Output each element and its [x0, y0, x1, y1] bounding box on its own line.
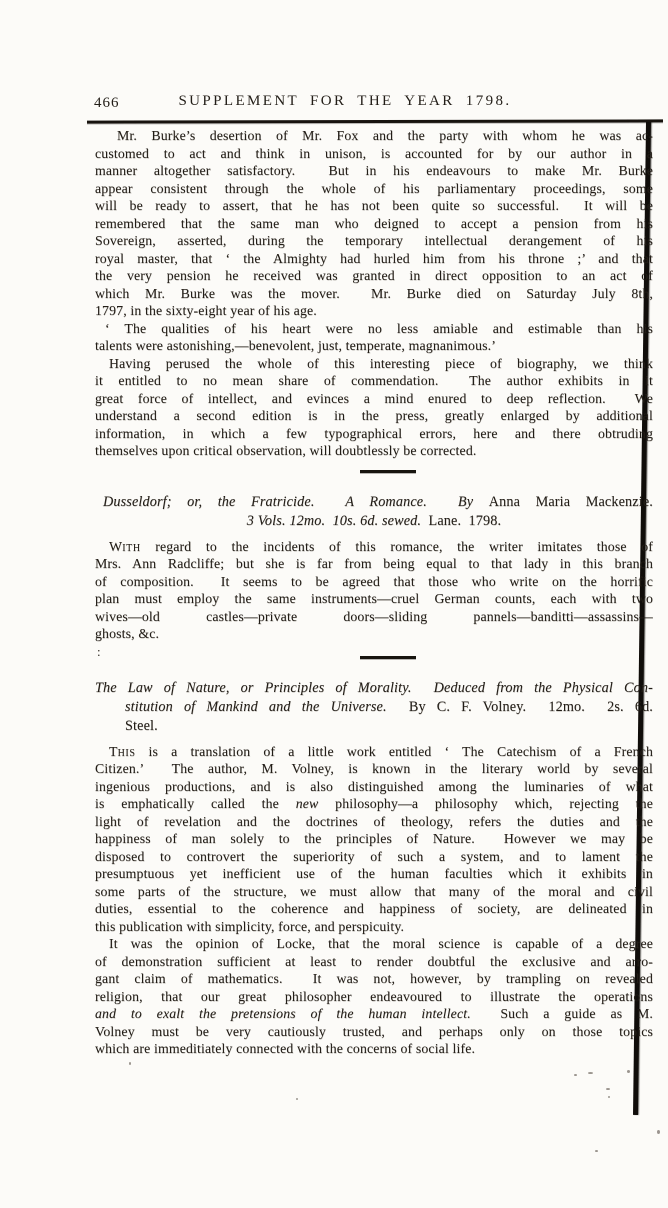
ink-speck — [657, 1130, 660, 1134]
text-line: ghosts, &c. — [95, 625, 653, 643]
text-line: Mrs. Ann Radcliffe; but she is far from … — [95, 555, 653, 573]
ink-speck — [627, 1070, 630, 1073]
stray-colon-mark: : — [97, 644, 101, 660]
article-root: Mr. Burke’s desertion of Mr. Fox and the… — [95, 127, 653, 1058]
section-divider-2 — [360, 656, 416, 659]
text-line: themselves upon critical observation, wi… — [95, 442, 653, 460]
volney-review-paragraph-2: It was the opinion of Locke, that the mo… — [95, 935, 653, 1058]
text-line: duties, essential to the coherence and h… — [95, 900, 653, 918]
burke-conclusion-paragraph: Having perused the whole of this interes… — [95, 355, 653, 460]
text-line: happiness of man solely to the principle… — [95, 830, 653, 848]
text-line: 3 Vols. 12mo. 10s. 6d. sewed. Lane. 1798… — [95, 512, 653, 531]
text-line: of composition. It seems to be agreed th… — [95, 573, 653, 591]
text-line: manner altogether satisfactory. But in h… — [95, 162, 653, 180]
ink-speck — [296, 1098, 298, 1100]
text-line: It was the opinion of Locke, that the mo… — [95, 935, 653, 953]
text-line: Volney must be very cautiously trusted, … — [95, 1023, 653, 1041]
ink-speck — [574, 1074, 577, 1076]
text-line: the very pension he received was granted… — [95, 267, 653, 285]
text-line: This is a translation of a little work e… — [95, 743, 653, 761]
text-line: it entitled to no mean share of commenda… — [95, 372, 653, 390]
dusseldorf-review-paragraph: With regard to the incidents of this rom… — [95, 538, 653, 643]
text-line: some parts of the structure, we must all… — [95, 883, 653, 901]
running-title: SUPPLEMENT FOR THE YEAR 1798. — [35, 93, 655, 110]
text-line: Having perused the whole of this interes… — [95, 355, 653, 373]
section-divider-1 — [360, 470, 416, 473]
text-line: The Law of Nature, or Principles of Mora… — [95, 679, 653, 698]
text-line: Citizen.’ The author, M. Volney, is know… — [95, 760, 653, 778]
text-line: understand a second edition is in the pr… — [95, 407, 653, 425]
text-line: ingenious productions, and is also disti… — [95, 778, 653, 796]
ink-speck — [588, 1072, 593, 1074]
text-line: religion, that our great philosopher end… — [95, 988, 653, 1006]
header-rule — [87, 119, 663, 123]
text-line: customed to act and think in unison, is … — [95, 145, 653, 163]
text-line: this publication with simplicity, force,… — [95, 918, 653, 936]
text-line: plan must employ the same instruments—cr… — [95, 590, 653, 608]
text-line: appear consistent through the whole of h… — [95, 180, 653, 198]
text-line: ‘ The qualities of his heart were no les… — [95, 320, 653, 338]
volney-review-paragraph-1: This is a translation of a little work e… — [95, 743, 653, 936]
text-line: is emphatically called the new philosoph… — [95, 795, 653, 813]
text-line: Mr. Burke’s desertion of Mr. Fox and the… — [95, 127, 653, 145]
text-line: of demonstration sufficient at least to … — [95, 953, 653, 971]
text-line: remembered that the same man who deigned… — [95, 215, 653, 233]
text-line: gant claim of mathematics. It was not, h… — [95, 970, 653, 988]
text-line: disposed to controvert the superiority o… — [95, 848, 653, 866]
law-of-nature-heading: The Law of Nature, or Principles of Mora… — [95, 679, 653, 736]
text-line: stitution of Mankind and the Universe. B… — [95, 698, 653, 717]
text-line: 1797, in the sixty-eight year of his age… — [95, 302, 653, 320]
ink-speck — [606, 1088, 610, 1090]
text-line: information, in which a few typographica… — [95, 425, 653, 443]
text-line: will be ready to assert, that he has not… — [95, 197, 653, 215]
text-line: royal master, that ‘ the Almighty had hu… — [95, 250, 653, 268]
text-line: Steel. — [95, 717, 653, 736]
scanned-page: 466 SUPPLEMENT FOR THE YEAR 1798. Mr. Bu… — [0, 0, 668, 1208]
ink-speck — [608, 1096, 610, 1098]
ink-speck — [595, 1150, 598, 1152]
text-line: Dusseldorf; or, the Fratricide. A Romanc… — [95, 493, 653, 512]
burke-review-paragraph: Mr. Burke’s desertion of Mr. Fox and the… — [95, 127, 653, 320]
text-line: talents were astonishing,—benevolent, ju… — [95, 337, 653, 355]
text-line: light of revelation and the doctrines of… — [95, 813, 653, 831]
burke-quote-paragraph: ‘ The qualities of his heart were no les… — [95, 320, 653, 355]
text-line: which Mr. Burke was the mover. Mr. Burke… — [95, 285, 653, 303]
text-line: great force of intellect, and evinces a … — [95, 390, 653, 408]
text-line: Sovereign, asserted, during the temporar… — [95, 232, 653, 250]
text-line: wives—old castles—private doors—sliding … — [95, 608, 653, 626]
ink-speck — [129, 1062, 131, 1065]
text-line: With regard to the incidents of this rom… — [95, 538, 653, 556]
dusseldorf-heading: Dusseldorf; or, the Fratricide. A Romanc… — [95, 493, 653, 531]
text-line: which are immeditiately connected with t… — [95, 1040, 653, 1058]
text-line: presumptuous yet inefficient use of the … — [95, 865, 653, 883]
text-line: and to exalt the pretensions of the huma… — [95, 1005, 653, 1023]
